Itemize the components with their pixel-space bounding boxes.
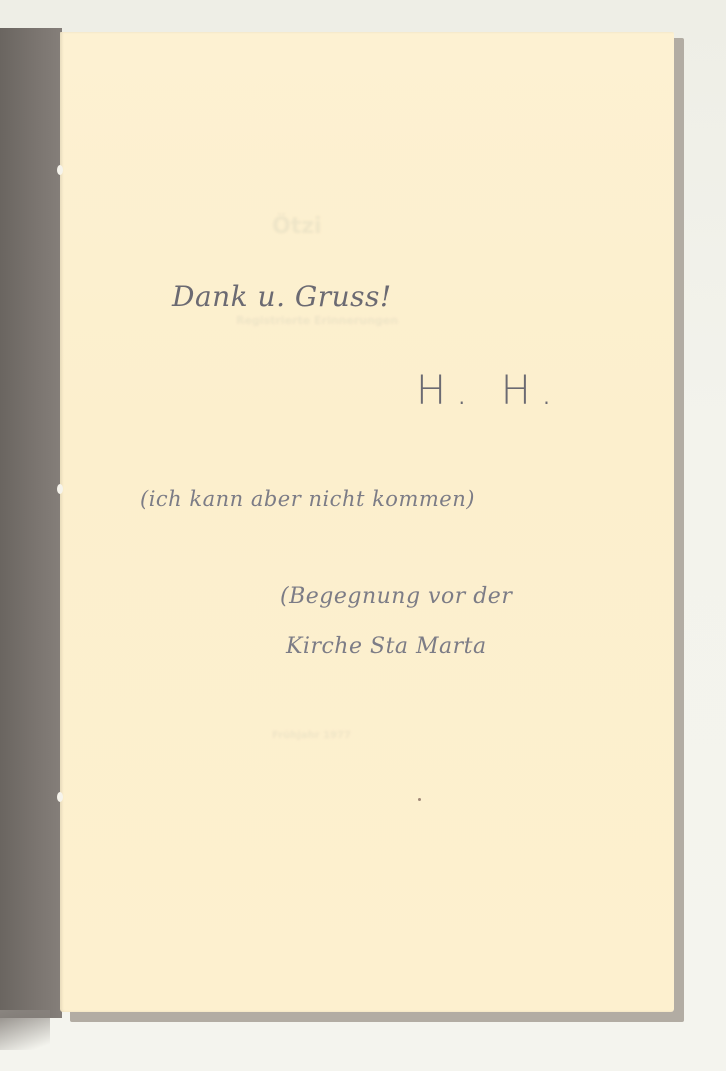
show-through-footer: Frühjahr 1977 bbox=[272, 730, 351, 741]
staple-hole-top bbox=[57, 165, 63, 175]
cover-shadow bbox=[0, 1010, 50, 1050]
inscription-signature: H. H. bbox=[416, 368, 563, 414]
inscription-encounter-line2: Kirche Sta Marta bbox=[286, 634, 487, 659]
inscription-encounter-line1: (Begegnung vor der bbox=[280, 584, 512, 609]
booklet-page: Ötzi Registrierte Erinnerungen Frühjahr … bbox=[60, 32, 674, 1012]
pencil-mark bbox=[418, 798, 421, 801]
show-through-subtitle: Registrierte Erinnerungen bbox=[236, 314, 398, 327]
staple-hole-bottom bbox=[57, 792, 63, 802]
show-through-title: Ötzi bbox=[272, 214, 322, 239]
inscription-thanks: Dank u. Gruss! bbox=[172, 280, 392, 313]
booklet-cover-edge bbox=[0, 28, 62, 1018]
staple-hole-middle bbox=[57, 484, 63, 494]
inscription-note: (ich kann aber nicht kommen) bbox=[140, 487, 475, 511]
photo-scene: Ötzi Registrierte Erinnerungen Frühjahr … bbox=[0, 0, 726, 1071]
